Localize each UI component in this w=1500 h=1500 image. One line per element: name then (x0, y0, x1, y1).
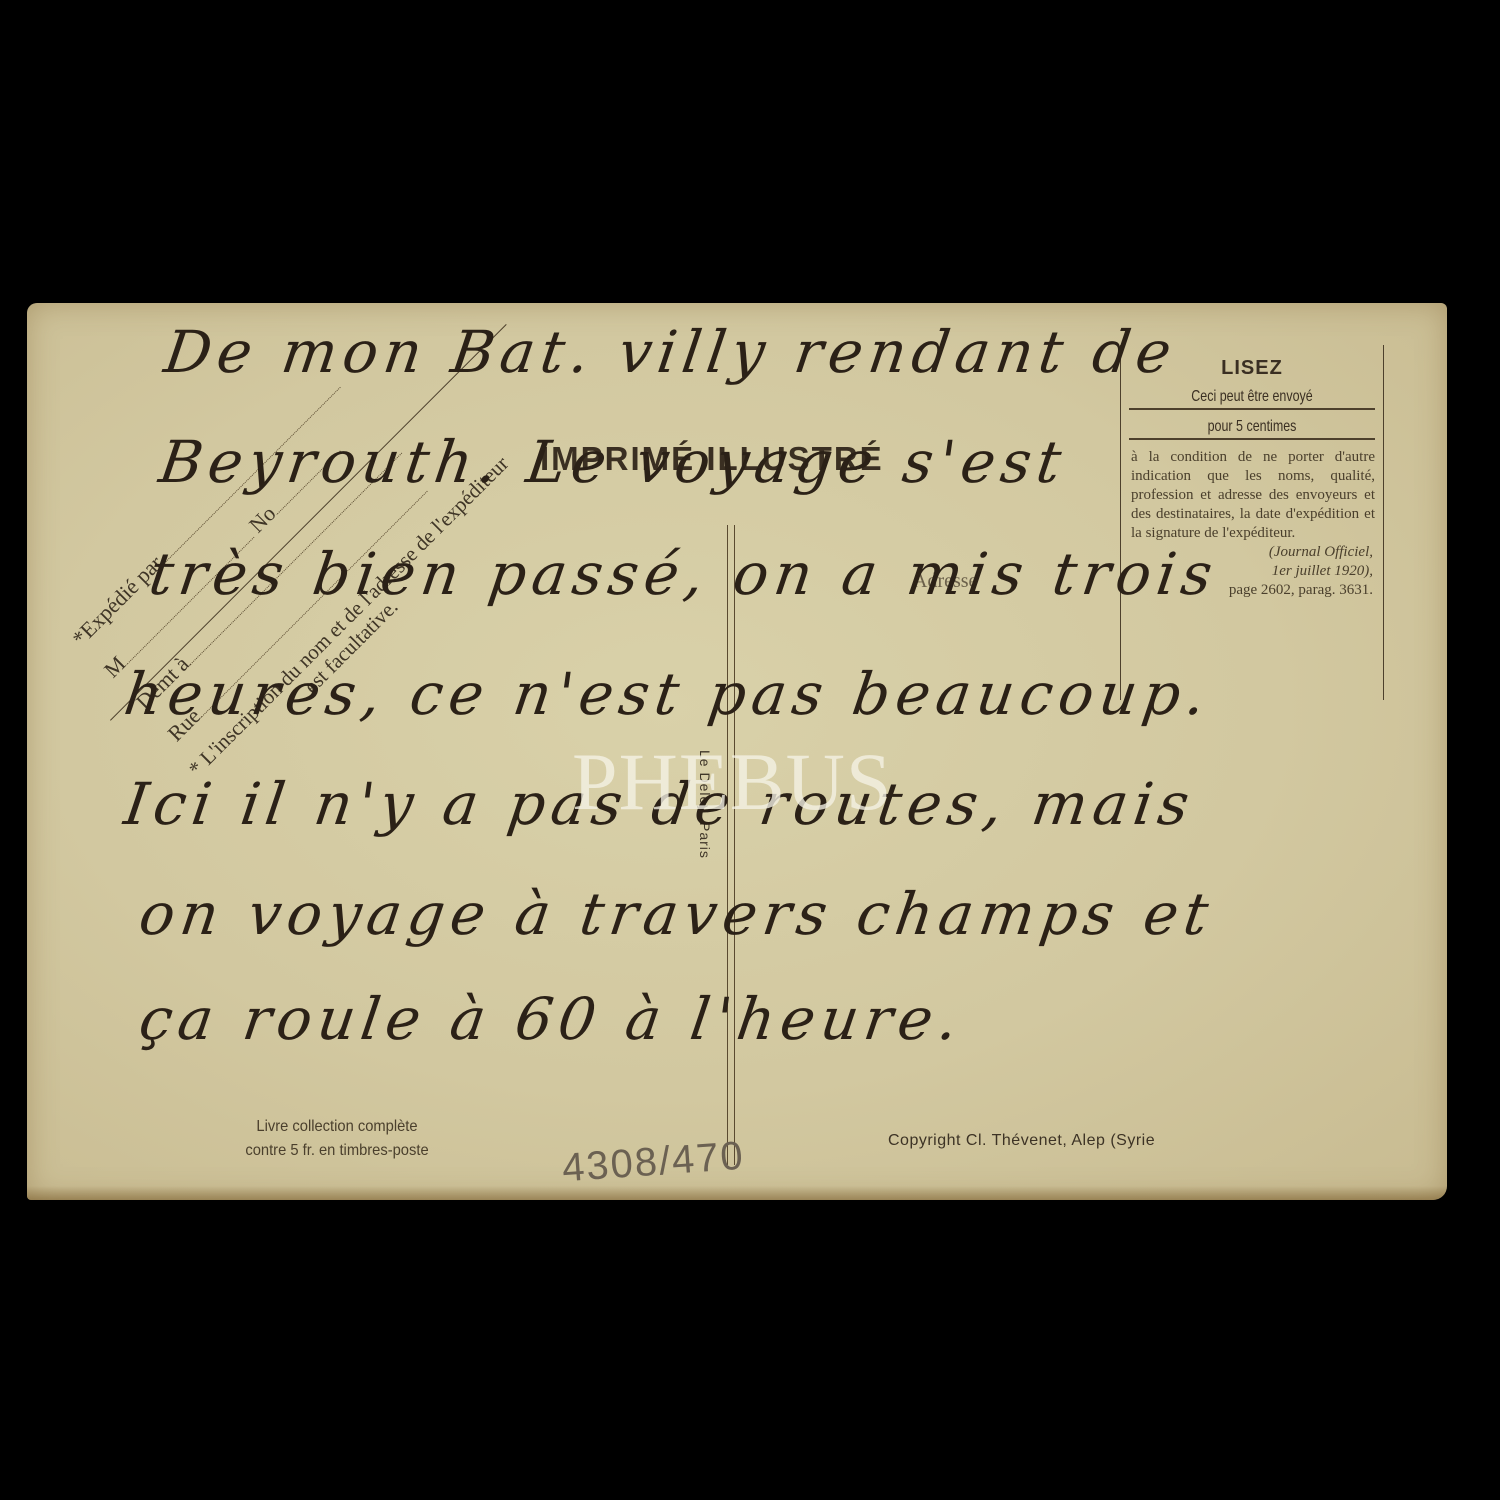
notice-line-1: Ceci peut être envoyé (1126, 388, 1377, 406)
handwriting-line-7: ça roule à 60 à l'heure. (135, 985, 968, 1053)
handwriting-line-2: Beyrouth. Le voyage s'est (155, 428, 1071, 496)
stamp-notice-box: LISEZ Ceci peut être envoyé pour 5 centi… (1120, 345, 1384, 700)
notice-ref-2: 1er juillet 1920), (1272, 563, 1373, 579)
notice-ref-1: (Journal Officiel, (1269, 544, 1373, 560)
copyright-line: Copyright Cl. Thévenet, Alep (Syrie (888, 1132, 1155, 1150)
notice-line-2: pour 5 centimes (1126, 418, 1377, 436)
footer-left: Livre collection complète contre 5 fr. e… (185, 1115, 489, 1163)
handwriting-line-1: De mon Bat. villy rendant de (160, 318, 1181, 386)
footer-left-line-1: Livre collection complète (185, 1115, 489, 1139)
no-label: No (244, 501, 281, 538)
watermark: PHEBUS (572, 735, 892, 829)
notice-body: à la condition de ne porter d'autre indi… (1121, 442, 1383, 543)
handwriting-line-4: heures, ce n'est pas beaucoup. (120, 660, 1215, 728)
center-divider (727, 525, 735, 1165)
handwriting-line-3: très bien passé, on a mis trois (145, 540, 1222, 608)
worn-edge (27, 1186, 1447, 1200)
footer-left-line-2: contre 5 fr. en timbres-poste (185, 1139, 489, 1163)
handwriting-line-6: on voyage à travers champs et (135, 880, 1218, 948)
m-label: M (99, 651, 131, 683)
